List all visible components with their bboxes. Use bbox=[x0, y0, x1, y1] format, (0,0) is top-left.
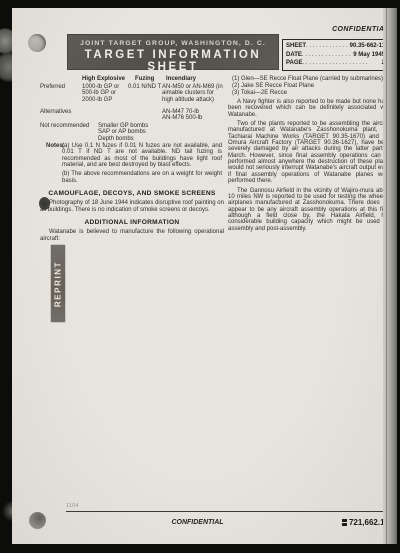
print-code: 1104 bbox=[66, 503, 79, 509]
aircraft-list-item-2: (2) Jake SE Recce Float Plane bbox=[228, 83, 391, 89]
section-heading-camouflage: CAMOUFLAGE, DECOYS, AND SMOKE SCREENS bbox=[40, 191, 224, 197]
sheet-number: 90.35-662-11 bbox=[348, 42, 385, 51]
gannosu-airfield-paragraph: The Gannosu Airfield in the vicinity of … bbox=[228, 188, 391, 232]
dot-leader bbox=[302, 51, 351, 60]
right-column: (1) Glen—SE Recce Float Plane (carried b… bbox=[228, 76, 391, 235]
dot-leader bbox=[303, 59, 380, 68]
note-a: (a) Use 0.1 N fuzes if 0.01 N fuzes are … bbox=[62, 143, 222, 168]
section-heading-additional-information: ADDITIONAL INFORMATION bbox=[40, 220, 224, 226]
navy-fighter-paragraph: A Navy fighter is also reported to be ma… bbox=[228, 99, 391, 118]
column-header-high-explosive: High Explosive bbox=[82, 76, 125, 82]
aircraft-list-item-1: (1) Glen—SE Recce Float Plane (carried b… bbox=[228, 76, 391, 82]
page-label: PAGE bbox=[286, 59, 303, 68]
date-row: DATE9 May 1945 bbox=[286, 51, 385, 60]
preferred-high-explosive: 1000-lb GP or 500-lb GP or 2000-lb GP bbox=[82, 84, 119, 103]
classification-banner-bottom: CONFIDENTIAL bbox=[12, 519, 383, 526]
sheet-label: SHEET bbox=[286, 42, 306, 51]
aircraft-list-item-3: (3) Tokai—2E Recce bbox=[228, 90, 391, 96]
reprint-stamp: REPRINT bbox=[51, 245, 65, 322]
sheet-number-row: SHEET90.35-662-11 bbox=[286, 42, 385, 51]
date-label: DATE bbox=[286, 51, 302, 60]
row-label-not-recommended: Not recommended bbox=[40, 123, 89, 129]
date-value: 9 May 1945 bbox=[351, 51, 385, 60]
header-banner: JOINT TARGET GROUP, WASHINGTON, D. C. TA… bbox=[68, 35, 278, 69]
file-number-block: 721,662.15 bbox=[342, 518, 389, 527]
alternatives-incendiary: AN-M47 70-lb AN-M76 500-lb bbox=[162, 109, 202, 122]
footer-rule bbox=[66, 511, 390, 512]
left-column: High Explosive Fuzing Incendiary Preferr… bbox=[40, 76, 224, 245]
column-header-fuzing: Fuzing bbox=[135, 76, 154, 82]
sheet-info-box: SHEET90.35-662-11 DATE9 May 1945 PAGE2 bbox=[282, 39, 389, 71]
column-header-incendiary: Incendiary bbox=[166, 76, 196, 82]
bomb-recommendation-table: High Explosive Fuzing Incendiary Preferr… bbox=[40, 76, 224, 139]
agency-name: JOINT TARGET GROUP, WASHINGTON, D. C. bbox=[68, 40, 278, 47]
notes-label: Notes: bbox=[46, 143, 65, 149]
reprint-stamp-label: REPRINT bbox=[54, 260, 63, 306]
camouflage-paragraph: Photography of 18 June 1944 indicates di… bbox=[40, 200, 224, 213]
preferred-fuzing: 0.01 N/ND T bbox=[128, 84, 161, 90]
additional-information-paragraph: Watanabe is believed to manufacture the … bbox=[40, 229, 224, 242]
row-label-preferred: Preferred bbox=[40, 84, 65, 90]
page-edge-line bbox=[386, 8, 387, 544]
document-title: TARGET INFORMATION SHEET bbox=[68, 49, 278, 73]
file-stamp-icon bbox=[342, 519, 347, 526]
document-page: CONFIDENTIAL JOINT TARGET GROUP, WASHING… bbox=[12, 8, 383, 544]
classification-banner-top: CONFIDENTIAL bbox=[269, 26, 389, 33]
row-label-alternatives: Alternatives bbox=[40, 109, 71, 115]
page-row: PAGE2 bbox=[286, 59, 385, 68]
dot-leader bbox=[306, 42, 348, 51]
note-b: (b) The above recommendations are on a w… bbox=[62, 171, 222, 184]
punch-hole-top bbox=[28, 34, 46, 52]
not-recommended-values: Smaller GP bombs SAP or AP bombs Depth b… bbox=[98, 123, 148, 142]
notes-block: Notes: (a) Use 0.1 N fuzes if 0.01 N fuz… bbox=[40, 143, 224, 184]
plants-damage-paragraph: Two of the plants reported to be assembl… bbox=[228, 121, 391, 184]
preferred-incendiary: AN-M50 or AN-M69 (in aimable clusters fo… bbox=[162, 84, 224, 103]
